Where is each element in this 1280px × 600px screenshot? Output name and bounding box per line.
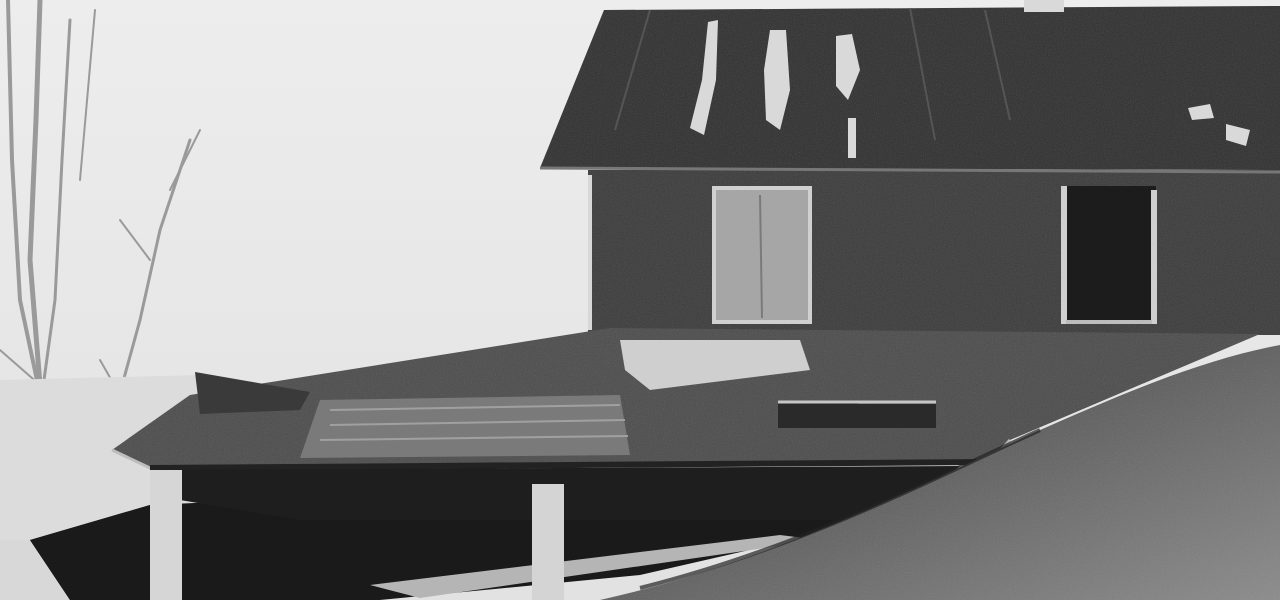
photograph: [0, 0, 1280, 600]
shed-post-center: [532, 484, 564, 600]
barn-doorway-dark: [1062, 186, 1156, 324]
shed-post-left: [150, 470, 182, 600]
